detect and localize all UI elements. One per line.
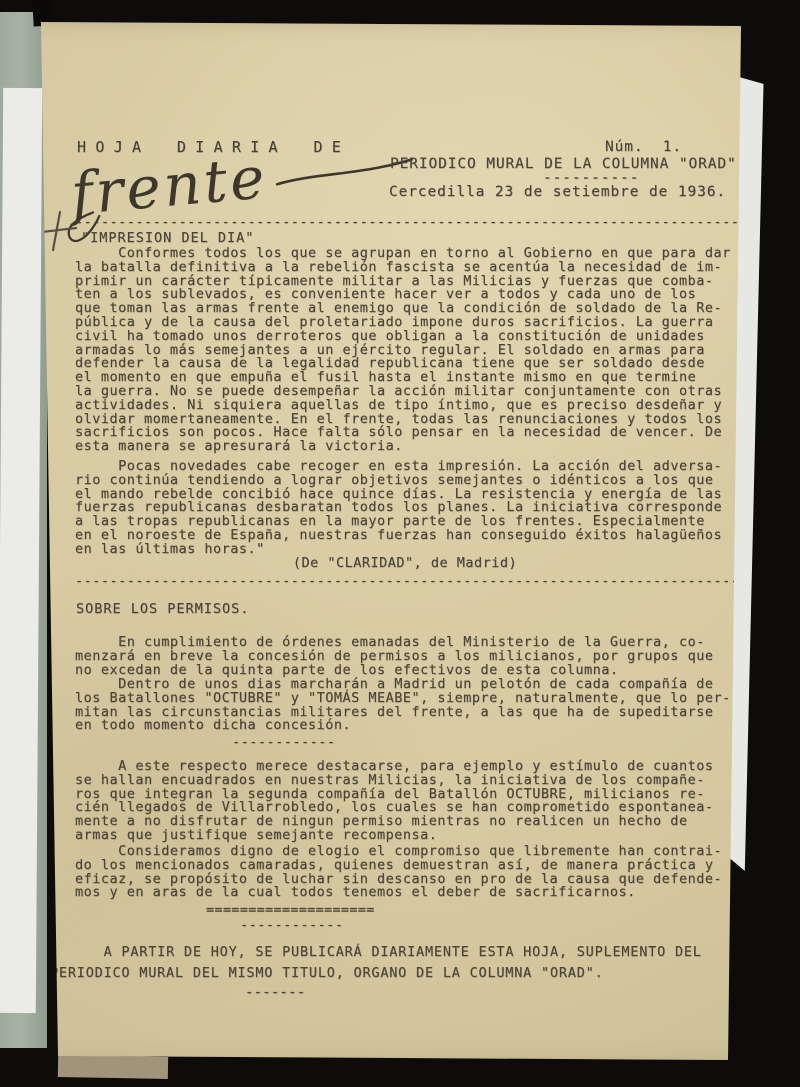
permisos-paragraph-1: En cumplimiento de órdenes emanadas del … [75, 636, 743, 677]
under-sheet-left [0, 88, 42, 1013]
divider-under-equals: ------------ [240, 919, 344, 933]
divider-top: ----------------------------------------… [75, 216, 739, 230]
divider-double-equals: ==================== [206, 904, 375, 918]
scanned-document: HOJA DIARIA DE frente Núm. 1. PERIODICO … [0, 0, 800, 1087]
announcement-text: A PARTIR DE HOY, SE PUBLICARÁ DIARIAMENT… [50, 942, 750, 983]
section-heading-permisos: SOBRE LOS PERMISOS. [76, 603, 249, 617]
divider-short: ------------ [232, 736, 336, 750]
page-edge-sliver [58, 1055, 168, 1079]
paper-sheet: HOJA DIARIA DE frente Núm. 1. PERIODICO … [0, 0, 800, 1087]
impression-paragraph-2: Pocas novedades cabe recoger en esta imp… [75, 460, 743, 557]
impression-paragraph-1: Conformes todos los que se agrupan en to… [75, 247, 743, 454]
issue-number: Núm. 1. [605, 140, 682, 155]
credit-line: (De "CLARIDAD", de Madrid) [75, 557, 735, 571]
divider-final: ------- [245, 986, 305, 1000]
divider-middle: ----------------------------------------… [75, 575, 739, 589]
permisos-paragraph-2: Dentro de unos dias marcharán a Madrid u… [75, 678, 743, 733]
section-heading-impression: "IMPRESION DEL DIA" [81, 232, 254, 246]
dateline: Cercedilla 23 de setiembre de 1936. [389, 185, 726, 200]
permisos-paragraph-4: Consideramos digno de elogio el compromi… [75, 845, 743, 900]
permisos-paragraph-3: A este respecto merece destacarse, para … [75, 760, 743, 843]
pen-cross-mark [40, 208, 80, 254]
